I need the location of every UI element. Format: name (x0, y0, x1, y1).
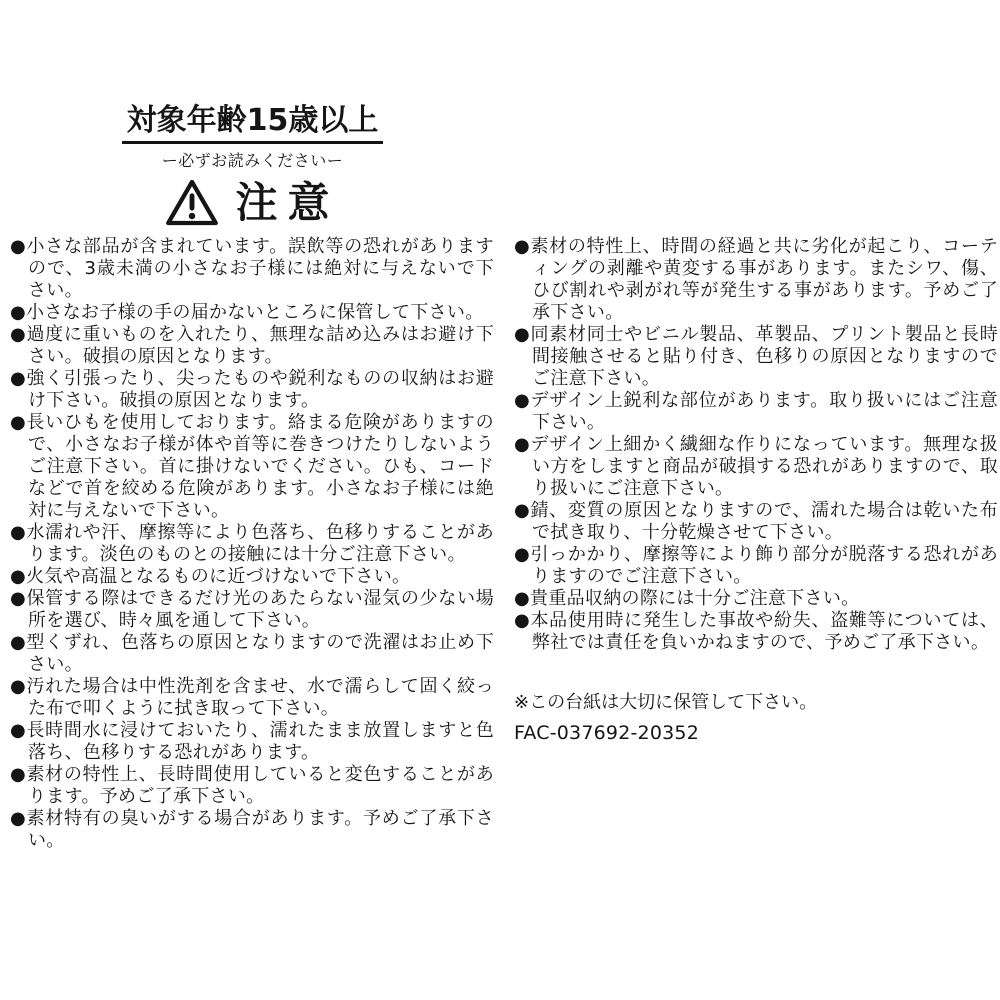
caution-title: 注意 (235, 182, 339, 224)
footer: ※この台紙は大切に保管して下さい。 FAC-037692-20352 (514, 692, 998, 744)
warning-item: 強く引張ったり、尖ったものや鋭利なものの収納はお避け下さい。破損の原因となります… (10, 368, 494, 412)
warning-item: 小さな部品が含まれています。誤飲等の恐れがありますので、3歳未満の小さなお子様に… (10, 236, 494, 302)
warnings-right-column: 素材の特性上、時間の経過と共に劣化が起こり、コーティングの剥離や黄変する事があり… (514, 236, 998, 654)
warning-item: 小さなお子様の手の届かないところに保管して下さい。 (10, 302, 494, 324)
warning-item: 素材特有の臭いがする場合があります。予めご了承下さい。 (10, 808, 494, 852)
warning-item: 火気や高温となるものに近づけないで下さい。 (10, 566, 494, 588)
product-code: FAC-037692-20352 (514, 722, 998, 744)
warnings-columns: 小さな部品が含まれています。誤飲等の恐れがありますので、3歳未満の小さなお子様に… (10, 236, 998, 852)
warning-item: 錆、変質の原因となりますので、濡れた場合は乾いた布で拭き取り、十分乾燥させて下さ… (514, 500, 998, 544)
warning-item: 型くずれ、色落ちの原因となりますので洗濯はお止め下さい。 (10, 632, 494, 676)
warning-item: 同素材同士やビニル製品、革製品、プリント製品と長時間接触させると貼り付き、色移り… (514, 324, 998, 390)
warnings-left-column: 小さな部品が含まれています。誤飲等の恐れがありますので、3歳未満の小さなお子様に… (10, 236, 494, 852)
age-label: 対象年齢15歳以上 (122, 104, 384, 144)
warning-item: デザイン上鋭利な部位があります。取り扱いにはご注意下さい。 (514, 390, 998, 434)
warning-item: デザイン上細かく繊細な作りになっています。無理な扱い方をしますと商品が破損する恐… (514, 434, 998, 500)
warning-item: 素材の特性上、長時間使用していると変色することがあります。予めご了承下さい。 (10, 764, 494, 808)
warning-item: 本品使用時に発生した事故や紛失、盗難等については、弊社では責任を負いかねますので… (514, 610, 998, 654)
warning-item: 素材の特性上、時間の経過と共に劣化が起こり、コーティングの剥離や黄変する事があり… (514, 236, 998, 324)
warning-item: 長いひもを使用しております。絡まる危険がありますので、小さなお子様が体や首等に巻… (10, 412, 494, 522)
warning-triangle-icon (165, 178, 219, 227)
warning-item: 貴重品収納の際には十分ご注意下さい。 (514, 588, 998, 610)
caution-sheet: 対象年齢15歳以上 ー必ずお読みくださいー 注意 小さな部品が含まれています。誤… (0, 0, 1000, 1000)
right-column-wrap: 素材の特性上、時間の経過と共に劣化が起こり、コーティングの剥離や黄変する事があり… (514, 236, 998, 852)
warning-item: 引っかかり、摩擦等により飾り部分が脱落する恐れがありますのでご注意下さい。 (514, 544, 998, 588)
caution-title-row: 注意 (0, 178, 505, 227)
keep-note: ※この台紙は大切に保管して下さい。 (514, 692, 998, 714)
warning-item: 汚れた場合は中性洗剤を含ませ、水で濡らして固く絞った布で叩くように拭き取って下さ… (10, 676, 494, 720)
warning-item: 長時間水に浸けておいたり、濡れたまま放置しますと色落ち、色移りする恐れがあります… (10, 720, 494, 764)
warning-item: 水濡れや汗、摩擦等により色落ち、色移りすることがあります。淡色のものとの接触には… (10, 522, 494, 566)
warning-item: 過度に重いものを入れたり、無理な詰め込みはお避け下さい。破損の原因となります。 (10, 324, 494, 368)
warning-item: 保管する際はできるだけ光のあたらない湿気の少ない場所を選び、時々風を通して下さい… (10, 588, 494, 632)
read-note: ー必ずお読みくださいー (0, 148, 505, 171)
header: 対象年齢15歳以上 ー必ずお読みくださいー 注意 (0, 104, 505, 227)
